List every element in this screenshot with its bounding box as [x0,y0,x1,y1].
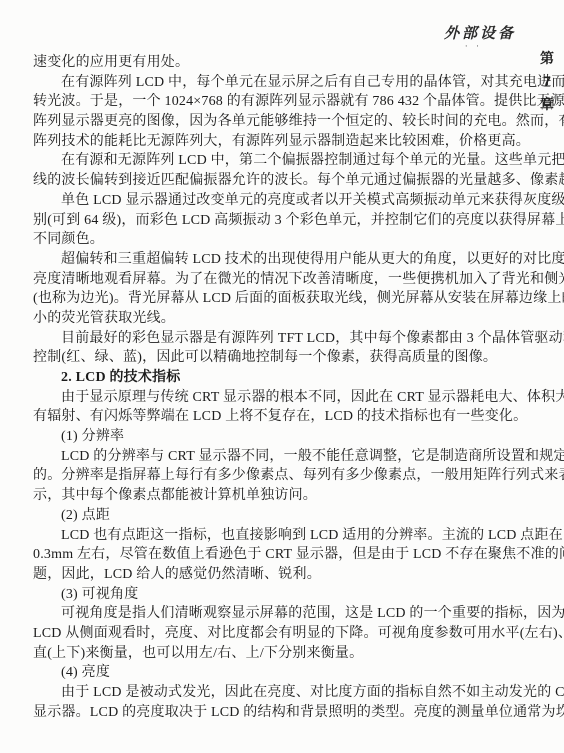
text-line: 2. LCD 的技术指标 [33,368,529,388]
text-line: 目前最好的彩色显示器是有源阵列 TFT LCD，其中每个像素都由 3 个晶体管驱… [33,329,529,349]
running-header: 外部设备 [444,22,516,43]
text-line: 示，其中每个像素点都能被计算机单独访问。 [33,486,529,506]
page-text-block: 速变化的应用更有用处。在有源阵列 LCD 中，每个单元在显示屏之后有自己专用的晶… [33,53,529,722]
text-line: (也称为边光)。背光屏幕从 LCD 后面的面板获取光线，侧光屏幕从安装在屏幕边缘… [33,289,529,309]
text-line: 在有源阵列 LCD 中，每个单元在显示屏之后有自己专用的晶体管，对其充电进而偏 [33,73,529,93]
text-line: (3) 可视角度 [33,585,529,605]
text-line: 直(上下)来衡量，也可以用左/右、上/下分别来衡量。 [33,644,529,664]
text-line: 有辐射、有闪烁等弊端在 LCD 上将不复存在，LCD 的技术指标也有一些变化。 [33,407,529,427]
text-line: 题，因此，LCD 给人的感觉仍然清晰、锐利。 [33,565,529,585]
text-line: 亮度清晰地观看屏幕。为了在微光的情况下改善清晰度，一些便携机加入了背光和侧光 [33,270,529,290]
text-line: (4) 亮度 [33,663,529,683]
text-line: 控制(红、绿、蓝)，因此可以精确地控制每一个像素，获得高质量的图像。 [33,348,529,368]
text-line: LCD 也有点距这一指标，也直接影响到 LCD 适用的分辨率。主流的 LCD 点… [33,526,529,546]
text-line: 单色 LCD 显示器通过改变单元的亮度或者以开关模式高频振动单元来获得灰度级 [33,191,529,211]
text-line: 显示器。LCD 的亮度取决于 LCD 的结构和背景照明的类型。亮度的测量单位通常… [33,703,529,723]
text-line: 线的波长偏转到接近匹配偏振器允许的波长。每个单元通过偏振器的光量越多、像素越亮。 [33,171,529,191]
text-line: (1) 分辨率 [33,427,529,447]
text-line: 不同颜色。 [33,230,529,250]
scan-artifact-dots: · · [465,41,482,51]
chapter-prefix-char: 第 [540,48,554,68]
scanned-book-page: 外部设备 · · 第 7 章 · · 速变化的应用更有用处。在有源阵列 LCD … [0,0,564,753]
text-line: 超偏转和三重超偏转 LCD 技术的出现使得用户能从更大的角度，以更好的对比度和 [33,250,529,270]
text-line: 由于 LCD 是被动式发光，因此在亮度、对比度方面的指标自然不如主动发光的 CR… [33,683,529,703]
text-line: 转光波。于是，一个 1024×768 的有源阵列显示器就有 786 432 个晶… [33,92,529,112]
text-line: 0.3mm 左右，尽管在数值上看逊色于 CRT 显示器，但是由于 LCD 不存在… [33,545,529,565]
text-line: 速变化的应用更有用处。 [33,53,529,73]
text-line: 阵列显示器更亮的图像，因为各单元能够维持一个恒定的、较长时间的充电。然而，有源 [33,112,529,132]
text-line: 可视角度是指人们清晰观察显示屏幕的范围，这是 LCD 的一个重要的指标，因为 [33,604,529,624]
text-line: 在有源和无源阵列 LCD 中，第二个偏振器控制通过每个单元的光量。这些单元把光 [33,151,529,171]
running-title: 外部设备 [444,26,516,42]
text-line: 别(可到 64 级)，而彩色 LCD 高频振动 3 个彩色单元，并控制它们的亮度… [33,211,529,231]
text-line: 的。分辨率是指屏幕上每行有多少像素点、每列有多少像素点，一般用矩阵行列式来表 [33,466,529,486]
text-line: LCD 的分辨率与 CRT 显示器不同，一般不能任意调整，它是制造商所设置和规定 [33,447,529,467]
text-line: (2) 点距 [33,506,529,526]
text-line: 由于显示原理与传统 CRT 显示器的根本不同，因此在 CRT 显示器耗电大、体积… [33,388,529,408]
text-line: LCD 从侧面观看时，亮度、对比度都会有明显的下降。可视角度参数可用水平(左右)… [33,624,529,644]
text-line: 小的荧光管获取光线。 [33,309,529,329]
text-line: 阵列技术的能耗比无源阵列大，有源阵列显示器制造起来比较困难，价格更高。 [33,132,529,152]
